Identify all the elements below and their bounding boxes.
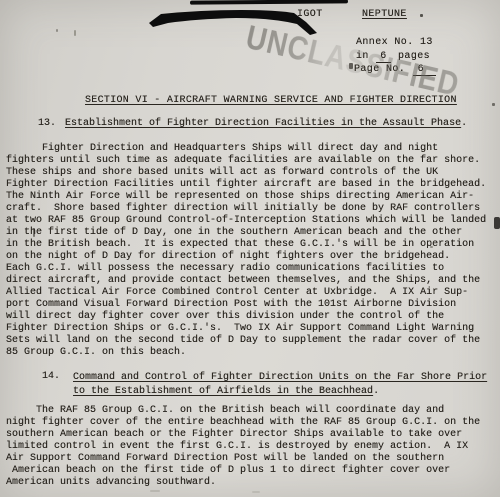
text-line: Fighter Direction and Headquarters Ships…: [6, 143, 486, 155]
text-line: Air Support Command Forward Direction Po…: [6, 453, 480, 465]
text-line: southern American beach or the Fighter D…: [6, 429, 480, 441]
paragraph-13-heading: 13.Establishment of Fighter Direction Fa…: [38, 118, 467, 130]
text-line: The RAF 85 Group G.C.I. on the British b…: [6, 405, 480, 417]
redaction-strike-mark: [146, 7, 322, 37]
text-line: Fighter Direction Ships or G.C.I.'s. Two…: [6, 323, 486, 335]
paper-speck: [492, 103, 495, 106]
paper-speck: [494, 217, 500, 229]
paragraph-13-number: 13.: [38, 118, 65, 130]
redaction-mark-top-edge: [190, 0, 348, 5]
paragraph-14-title-line1: Command and Control of Fighter Direction…: [73, 372, 487, 383]
text-line: Sets will land on the second tide of D D…: [6, 335, 486, 347]
text-line: will direct day fighter cover over this …: [6, 311, 486, 323]
text-line: at two RAF 85 Group Ground Control-of-In…: [6, 215, 486, 227]
text-line: The Ninth Air Force will be represented …: [6, 191, 486, 203]
text-line: in the first tide of D Day, one in the s…: [6, 227, 486, 239]
paragraph-14-title-period: .: [373, 386, 379, 397]
text-line: night fighter cover of the entire beachh…: [6, 417, 480, 429]
text-line: limited control in event the first G.C.I…: [6, 441, 480, 453]
paper-speck: [420, 14, 423, 17]
paragraph-14-body: The RAF 85 Group G.C.I. on the British b…: [6, 405, 480, 489]
paragraph-14-heading: 14.Command and Control of Fighter Direct…: [42, 371, 487, 398]
text-line: American beach on the first tide of D pl…: [6, 465, 480, 477]
section-heading: SECTION VI - AIRCRAFT WARNING SERVICE AN…: [85, 95, 457, 107]
text-line: Each G.C.I. will possess the necessary r…: [6, 263, 486, 275]
document-page: IGOT NEPTUNE Annex No. 13 in 6 pages Pag…: [0, 0, 500, 497]
text-line: port Command Visual Forward Direction Po…: [6, 299, 486, 311]
text-line: fighters until such time as adequate fac…: [6, 155, 486, 167]
paragraph-13-title-period: .: [461, 118, 467, 129]
paper-speck: [252, 491, 260, 493]
paper-speck: [150, 490, 160, 492]
text-line: Fighter Direction Facilities until fight…: [6, 179, 486, 191]
paragraph-13-body: Fighter Direction and Headquarters Ships…: [6, 143, 486, 359]
paper-speck: [56, 29, 58, 32]
paragraph-14-title-line2: to the Establishment of Airfields in the…: [73, 386, 373, 397]
text-line: in the British beach. It is expected tha…: [6, 239, 486, 251]
paragraph-14-number: 14.: [42, 371, 73, 383]
text-line: craft. Shore based fighter direction wil…: [6, 203, 486, 215]
text-line: Allied Tactical Air Force Combined Contr…: [6, 287, 486, 299]
text-line: direct aircraft, and provide contact bet…: [6, 275, 486, 287]
text-line: These ships and shore based units will a…: [6, 167, 486, 179]
paragraph-13-title: Establishment of Fighter Direction Facil…: [65, 118, 461, 129]
codeword-title: NEPTUNE: [362, 9, 407, 21]
text-line: 85 Group G.C.I. on this beach.: [6, 347, 486, 359]
text-line: American units advancing southward.: [6, 477, 480, 489]
paper-speck: [74, 30, 76, 36]
text-line: on the night of D Day for direction of n…: [6, 251, 486, 263]
